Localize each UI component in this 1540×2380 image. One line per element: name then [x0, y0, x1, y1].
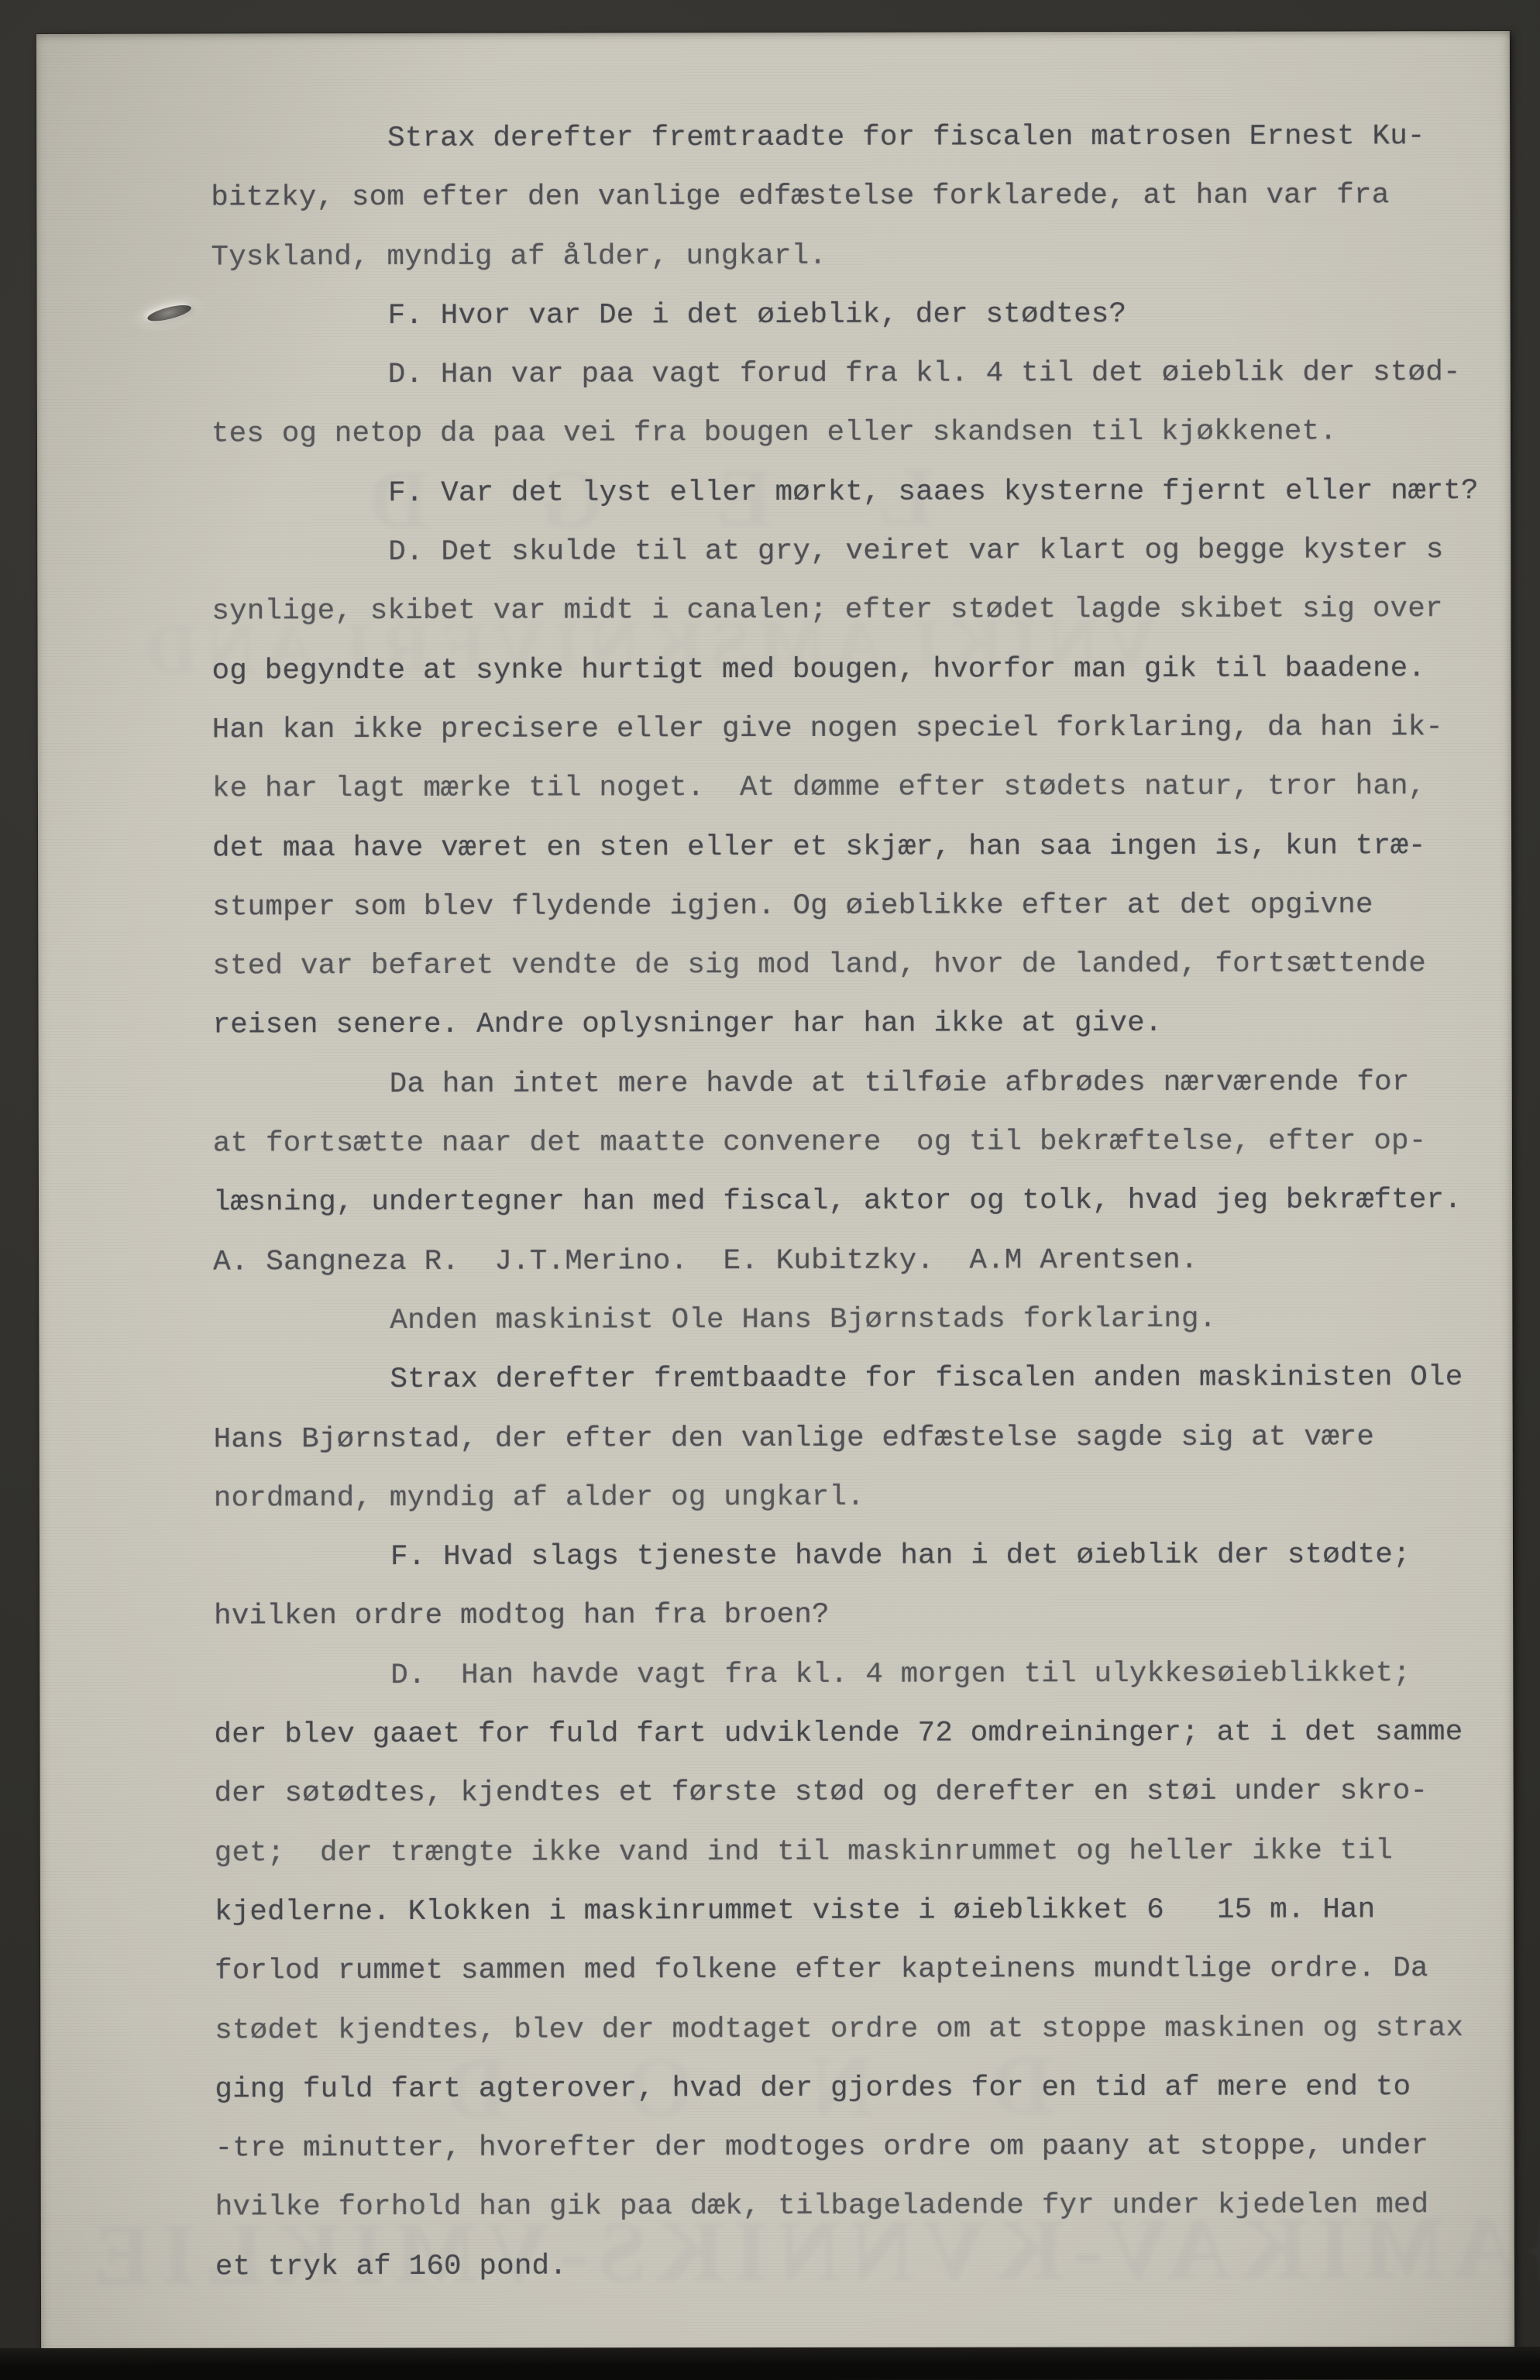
text-line: tes og netop da paa vei fra bougen eller… — [211, 403, 1497, 465]
text-line: reisen senere. Andre oplysninger har han… — [212, 993, 1498, 1055]
text-line: F. Hvad slags tjeneste havde han i det ø… — [214, 1525, 1500, 1587]
scan-edge-shadow — [0, 2347, 1540, 2380]
text-line: sted var befaret vendte de sig mod land,… — [212, 934, 1498, 996]
text-line: Strax derefter fremtbaadte for fiscalen … — [213, 1348, 1499, 1410]
text-line: Han kan ikke precisere eller give nogen … — [212, 698, 1498, 760]
text-line: der søtødtes, kjendtes et første stød og… — [215, 1762, 1500, 1824]
text-line: A. Sangneza R. J.T.Merino. E. Kubitzky. … — [213, 1230, 1499, 1292]
text-line: nordmand, myndig af alder og ungkarl. — [214, 1467, 1500, 1529]
text-line: Hans Bjørnstad, der efter den vanlige ed… — [214, 1408, 1500, 1470]
scanned-typewritten-document: { "document": { "lines": [ {"indent": tr… — [0, 0, 1540, 2380]
text-line: stumper som blev flydende igjen. Og øieb… — [212, 875, 1498, 937]
text-line: F. Var det lyst eller mørkt, saaes kyste… — [211, 462, 1497, 524]
text-line: get; der trængte ikke vand ind til maski… — [215, 1821, 1500, 1883]
text-line: forlod rummet sammen med folkene efter k… — [215, 1939, 1500, 2001]
text-line: -tre minutter, hvorefter der modtoges or… — [215, 2117, 1501, 2179]
text-line: Anden maskinist Ole Hans Bjørnstads fork… — [213, 1289, 1499, 1351]
text-line: Strax derefter fremtraadte for fiscalen … — [211, 107, 1497, 169]
text-line: synlige, skibet var midt i canalen; efte… — [211, 580, 1497, 641]
text-line: læsning, undertegner han med fiscal, akt… — [213, 1171, 1499, 1233]
text-line: Tyskland, myndig af ålder, ungkarl. — [211, 225, 1497, 287]
text-line: det maa have været en sten eller et skjæ… — [212, 817, 1498, 879]
text-line: kjedlerne. Klokken i maskinrummet viste … — [215, 1880, 1500, 1942]
text-line: hvilken ordre modtog han fra broen? — [214, 1584, 1500, 1646]
text-line: og begyndte at synke hurtigt med bougen,… — [212, 639, 1498, 701]
typewritten-text: Strax derefter fremtraadte for fiscalen … — [211, 107, 1501, 2296]
text-line: ging fuld fart agterover, hvad der gjord… — [215, 2058, 1500, 2120]
text-line: der blev gaaet for fuld fart udviklende … — [214, 1703, 1500, 1765]
text-line: hvilke forhold han gik paa dæk, tilbagel… — [215, 2175, 1501, 2237]
text-line: ke har lagt mærke til noget. At dømme ef… — [212, 757, 1498, 819]
text-line: D. Han var paa vagt forud fra kl. 4 til … — [211, 343, 1497, 405]
text-line: Da han intet mere havde at tilføie afbrø… — [213, 1053, 1499, 1115]
text-line: D. Han havde vagt fra kl. 4 morgen til u… — [214, 1644, 1500, 1706]
text-line: et tryk af 160 pond. — [215, 2235, 1501, 2297]
text-line: bitzky, som efter den vanlige edfæstelse… — [211, 166, 1497, 228]
paper-hole — [146, 302, 193, 325]
bleedthrough-layer: L E G DVNIKLAMSKNIVERLANDD N O D}AMIKAV-… — [36, 31, 1510, 34]
text-line: D. Det skulde til at gry, veiret var kla… — [211, 521, 1497, 583]
text-line: at fortsætte naar det maatte convenere o… — [213, 1112, 1499, 1174]
document-page: L E G DVNIKLAMSKNIVERLANDD N O D}AMIKAV-… — [36, 31, 1514, 2352]
text-line: F. Hvor var De i det øieblik, der stødte… — [211, 284, 1497, 346]
text-line: stødet kjendtes, blev der modtaget ordre… — [215, 1999, 1500, 2061]
